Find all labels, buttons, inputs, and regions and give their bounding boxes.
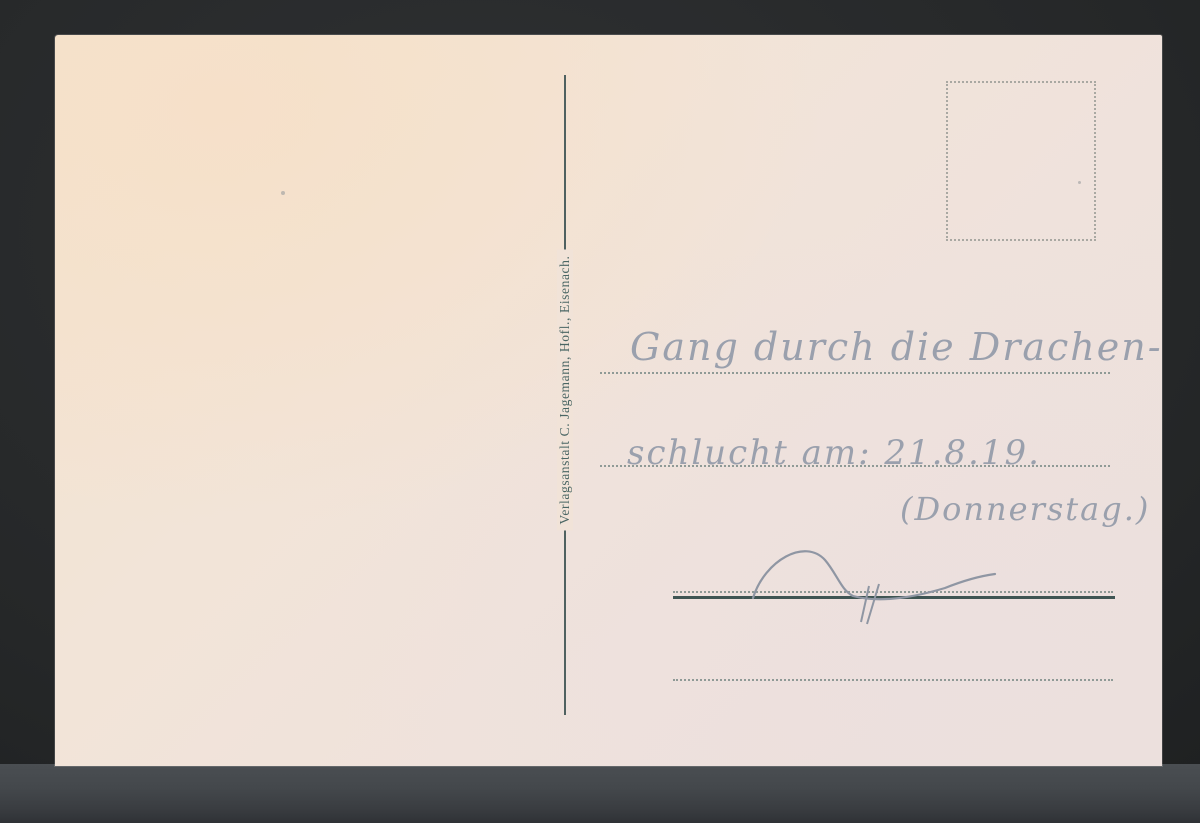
handwritten-line-2: schlucht am: 21.8.19. bbox=[627, 433, 1041, 473]
pencil-signature-icon bbox=[745, 540, 1005, 630]
postcard-back: Verlagsanstalt C. Jagemann, Hofl., Eisen… bbox=[55, 35, 1162, 766]
stamp-placeholder-box bbox=[946, 81, 1096, 241]
paper-speck bbox=[281, 191, 285, 195]
address-line-4 bbox=[673, 679, 1113, 681]
dark-shelf-edge bbox=[0, 764, 1200, 823]
address-line-1 bbox=[600, 372, 1110, 374]
publisher-imprint: Verlagsanstalt C. Jagemann, Hofl., Eisen… bbox=[557, 250, 573, 531]
paper-speck bbox=[1078, 181, 1081, 184]
handwritten-line-3: (Donnerstag.) bbox=[900, 490, 1150, 528]
handwritten-line-1: Gang durch die Drachen- bbox=[630, 325, 1163, 369]
